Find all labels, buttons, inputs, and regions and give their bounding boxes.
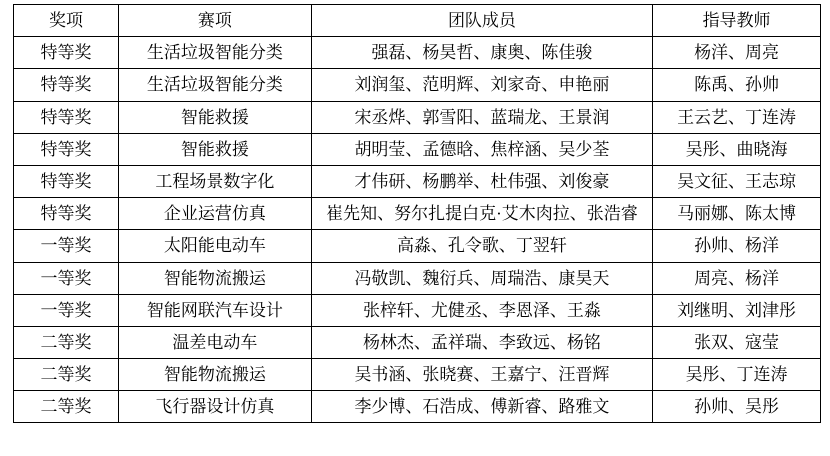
cell-members: 才伟研、杨鹏举、杜伟强、刘俊豪 [311,165,652,197]
cell-award: 一等奖 [14,230,119,262]
cell-award: 二等奖 [14,359,119,391]
cell-award: 特等奖 [14,133,119,165]
col-header-event: 赛项 [118,5,311,37]
cell-members: 崔先知、努尔扎提白克·艾木肉拉、张浩睿 [311,198,652,230]
cell-award: 特等奖 [14,37,119,69]
cell-members: 吴书涵、张晓赛、王嘉宁、汪晋辉 [311,359,652,391]
cell-teachers: 吴彤、丁连涛 [653,359,821,391]
col-header-award: 奖项 [14,5,119,37]
table-row: 特等奖企业运营仿真崔先知、努尔扎提白克·艾木肉拉、张浩睿马丽娜、陈太博 [14,198,821,230]
table-row: 特等奖智能救援胡明莹、孟德晗、焦梓涵、吴少荃吴彤、曲晓海 [14,133,821,165]
cell-event: 温差电动车 [118,326,311,358]
cell-event: 工程场景数字化 [118,165,311,197]
table-body: 特等奖生活垃圾智能分类强磊、杨昊哲、康奥、陈佳骏杨洋、周亮特等奖生活垃圾智能分类… [14,37,821,423]
cell-teachers: 杨洋、周亮 [653,37,821,69]
table-row: 一等奖智能物流搬运冯敬凯、魏衍兵、周瑞浩、康昊天周亮、杨洋 [14,262,821,294]
table-row: 一等奖智能网联汽车设计张梓轩、尤健丞、李恩泽、王淼刘继明、刘津彤 [14,294,821,326]
cell-members: 杨林杰、孟祥瑞、李致远、杨铭 [311,326,652,358]
cell-teachers: 刘继明、刘津彤 [653,294,821,326]
cell-members: 李少博、石浩成、傅新睿、路雅文 [311,391,652,423]
cell-teachers: 马丽娜、陈太博 [653,198,821,230]
cell-event: 太阳能电动车 [118,230,311,262]
table-row: 二等奖飞行器设计仿真李少博、石浩成、傅新睿、路雅文孙帅、吴彤 [14,391,821,423]
cell-award: 特等奖 [14,69,119,101]
cell-teachers: 孙帅、杨洋 [653,230,821,262]
cell-teachers: 吴彤、曲晓海 [653,133,821,165]
header-row: 奖项 赛项 团队成员 指导教师 [14,5,821,37]
cell-award: 特等奖 [14,101,119,133]
cell-event: 生活垃圾智能分类 [118,69,311,101]
cell-members: 冯敬凯、魏衍兵、周瑞浩、康昊天 [311,262,652,294]
cell-award: 一等奖 [14,262,119,294]
table-row: 特等奖工程场景数字化才伟研、杨鹏举、杜伟强、刘俊豪吴文征、王志琼 [14,165,821,197]
cell-teachers: 张双、寇莹 [653,326,821,358]
cell-event: 智能网联汽车设计 [118,294,311,326]
cell-event: 智能救援 [118,101,311,133]
cell-members: 刘润玺、范明辉、刘家奇、申艳丽 [311,69,652,101]
cell-members: 宋丞烨、郭雪阳、蓝瑞龙、王景润 [311,101,652,133]
cell-event: 生活垃圾智能分类 [118,37,311,69]
cell-event: 飞行器设计仿真 [118,391,311,423]
table-row: 一等奖太阳能电动车高淼、孔令歌、丁翌轩孙帅、杨洋 [14,230,821,262]
table-row: 特等奖生活垃圾智能分类强磊、杨昊哲、康奥、陈佳骏杨洋、周亮 [14,37,821,69]
cell-event: 企业运营仿真 [118,198,311,230]
cell-members: 张梓轩、尤健丞、李恩泽、王淼 [311,294,652,326]
cell-teachers: 孙帅、吴彤 [653,391,821,423]
document-page: 奖项 赛项 团队成员 指导教师 特等奖生活垃圾智能分类强磊、杨昊哲、康奥、陈佳骏… [0,0,830,456]
cell-teachers: 周亮、杨洋 [653,262,821,294]
cell-members: 高淼、孔令歌、丁翌轩 [311,230,652,262]
cell-award: 特等奖 [14,198,119,230]
award-results-table: 奖项 赛项 团队成员 指导教师 特等奖生活垃圾智能分类强磊、杨昊哲、康奥、陈佳骏… [13,4,821,423]
cell-event: 智能物流搬运 [118,262,311,294]
col-header-members: 团队成员 [311,5,652,37]
cell-award: 二等奖 [14,391,119,423]
cell-members: 强磊、杨昊哲、康奥、陈佳骏 [311,37,652,69]
cell-event: 智能物流搬运 [118,359,311,391]
col-header-teachers: 指导教师 [653,5,821,37]
cell-teachers: 陈禹、孙帅 [653,69,821,101]
table-row: 特等奖生活垃圾智能分类刘润玺、范明辉、刘家奇、申艳丽陈禹、孙帅 [14,69,821,101]
cell-teachers: 王云艺、丁连涛 [653,101,821,133]
table-row: 特等奖智能救援宋丞烨、郭雪阳、蓝瑞龙、王景润王云艺、丁连涛 [14,101,821,133]
cell-event: 智能救援 [118,133,311,165]
table-row: 二等奖智能物流搬运吴书涵、张晓赛、王嘉宁、汪晋辉吴彤、丁连涛 [14,359,821,391]
cell-award: 特等奖 [14,165,119,197]
table-row: 二等奖温差电动车杨林杰、孟祥瑞、李致远、杨铭张双、寇莹 [14,326,821,358]
cell-award: 一等奖 [14,294,119,326]
cell-award: 二等奖 [14,326,119,358]
cell-teachers: 吴文征、王志琼 [653,165,821,197]
cell-members: 胡明莹、孟德晗、焦梓涵、吴少荃 [311,133,652,165]
